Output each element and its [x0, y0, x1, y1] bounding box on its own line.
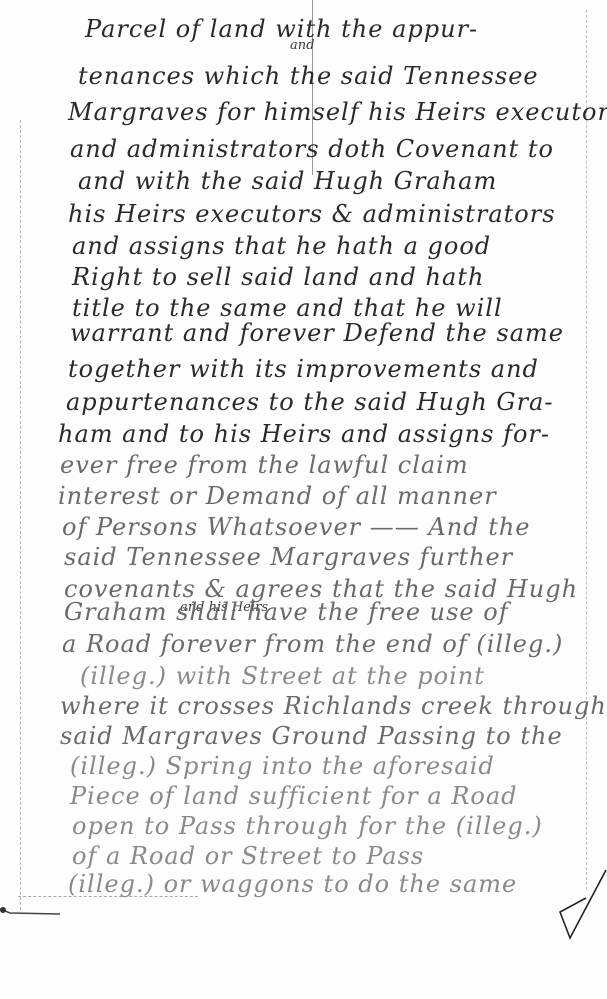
text-line: Graham shall have the free use of	[64, 598, 509, 626]
text-line: where it crosses Richlands creek through	[60, 692, 607, 720]
text-line: interest or Demand of all manner	[58, 482, 497, 510]
corner-fold-mark	[548, 860, 607, 940]
text-line: (illeg.) or waggons to do the same	[68, 870, 517, 898]
text-line: Margraves for himself his Heirs executor…	[68, 98, 607, 126]
text-line: of Persons Whatsoever —— And the	[62, 513, 531, 541]
text-line: tenances which the said Tennessee	[78, 62, 539, 90]
text-line: warrant and forever Defend the same	[70, 319, 564, 347]
text-line: ham and to his Heirs and assigns for-	[58, 420, 550, 448]
document-page: and and his Heirs Parcel of land with th…	[0, 0, 607, 999]
text-line: Piece of land sufficient for a Road	[70, 782, 518, 810]
text-line: said Margraves Ground Passing to the	[60, 722, 563, 750]
text-line: (illeg.) with Street at the point	[80, 662, 485, 690]
text-line: and administrators doth Covenant to	[70, 135, 554, 163]
text-line: Right to sell said land and hath	[72, 263, 484, 291]
text-line: a Road forever from the end of (illeg.)	[62, 630, 563, 658]
text-line: Parcel of land with the appur-	[85, 15, 478, 43]
text-line: open to Pass through for the (illeg.)	[72, 812, 543, 840]
right-margin-line	[586, 10, 587, 890]
text-line: his Heirs executors & administrators	[68, 200, 556, 228]
text-line: said Tennessee Margraves further	[64, 543, 513, 571]
text-line: (illeg.) Spring into the aforesaid	[70, 752, 495, 780]
text-line: ever free from the lawful claim	[60, 451, 469, 479]
text-line: and assigns that he hath a good	[72, 232, 491, 260]
left-margin-line	[20, 120, 21, 910]
ink-smudge	[0, 905, 60, 915]
text-line: of a Road or Street to Pass	[72, 842, 424, 870]
text-line: appurtenances to the said Hugh Gra-	[66, 388, 553, 416]
text-line: together with its improvements and	[68, 355, 539, 383]
text-line: title to the same and that he will	[72, 294, 503, 322]
text-line: and with the said Hugh Graham	[78, 167, 497, 195]
